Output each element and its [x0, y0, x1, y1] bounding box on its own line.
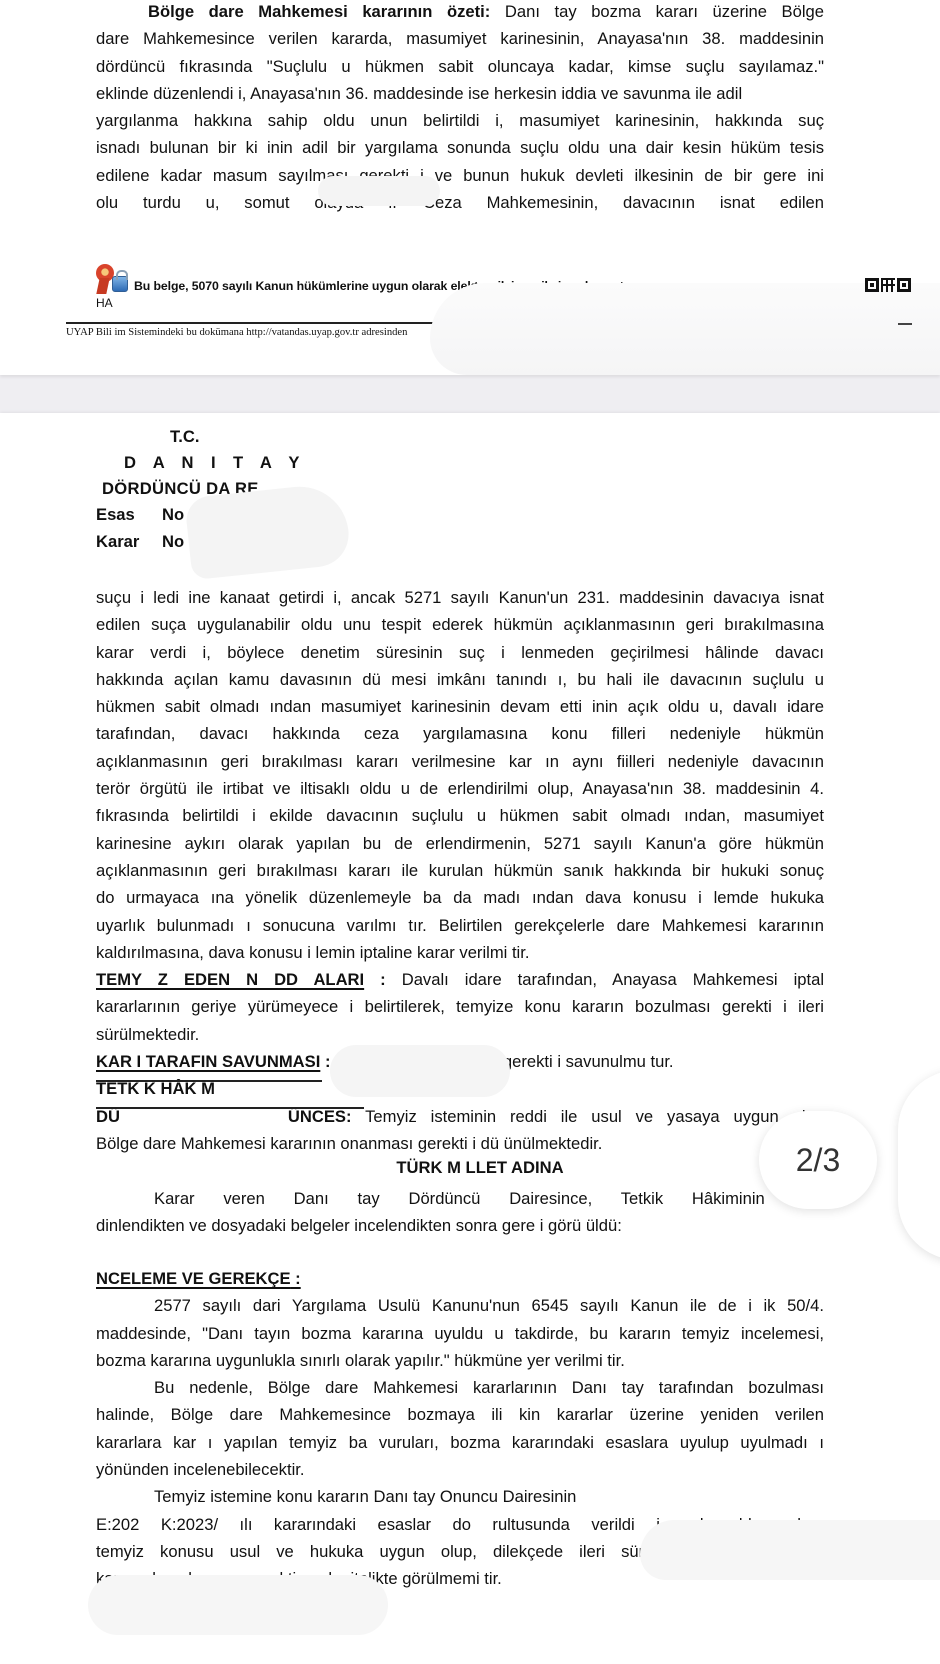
ha-label: HA [96, 296, 113, 310]
temyiz-section: TEMY Z EDEN N DD ALARI : Davalı idare ta… [96, 966, 824, 993]
separator: : [364, 970, 386, 989]
text-line: hükmen sabit olmadı ından masumiyet kari… [96, 693, 824, 720]
text-line: suçu i ledi ine kanaat getirdi i, ancak … [96, 584, 824, 611]
underline-rule [96, 1080, 322, 1082]
qr-code-icon [865, 278, 913, 294]
esas-label: Esas [96, 505, 162, 525]
text-line: do urmayaca ına yönelik düzenlemeyle ba … [96, 884, 824, 911]
text-line: kaldırılmasına, dava konusu i lemin ipta… [96, 939, 824, 966]
karsi-taraf-label: KAR I TARAFIN SAVUNMASI [96, 1052, 320, 1071]
text-line: olu turdu u, somut olayda ır Ceza Mahkem… [96, 189, 824, 216]
redaction-mark [330, 1045, 510, 1097]
document-page-1: Bölge dare Mahkemesi kararının özeti: Da… [0, 0, 940, 375]
text-line: isnadı bulunan bir ki inin adil bir yarg… [96, 134, 824, 161]
text-line: fıkrasında belirtildi i ekilde davacının… [96, 802, 824, 829]
text-span: Davalı idare tarafından, Anayasa Mahkeme… [386, 970, 824, 989]
text-line: bozma kararına uygunlukla sınırlı olarak… [96, 1347, 824, 1374]
redaction-mark [898, 323, 912, 325]
underline-rule [96, 1107, 364, 1109]
karar-no-row: KararNo [96, 532, 184, 552]
text-line: Bu nedenle, Bölge dare Mahkemesi kararla… [96, 1374, 824, 1401]
text-line: Karar veren Danı tay Dördüncü Dairesince… [96, 1185, 824, 1212]
redaction-mark [318, 176, 440, 206]
text-line: edilen suça uygulanabilir oldu unu tespi… [96, 611, 824, 638]
text-line: dare Mahkemesince verilen kararda, masum… [96, 25, 824, 52]
text-line: uyarlık bulunmadı ı sonucuna varılmı tır… [96, 912, 824, 939]
temyiz-label: TEMY Z EDEN N DD ALARI [96, 970, 364, 989]
e-signature-seal-icon [94, 264, 134, 296]
inceleme-label: NCELEME VE GEREKÇE [96, 1269, 291, 1288]
text-line: yargılanma hakkına sahip oldu unun belir… [96, 107, 824, 134]
karar-no-label: No [162, 532, 184, 551]
inceleme-heading: NCELEME VE GEREKÇE : [96, 1265, 824, 1292]
text-line: hakkında açılan kamu davasının dü mesi i… [96, 666, 824, 693]
esas-no-row: EsasNo [96, 505, 184, 525]
tc-heading: T.C. [170, 427, 200, 447]
esas-no-label: No [162, 505, 184, 524]
text-line: 2577 sayılı dari Yargılama Usulü Kanunu'… [96, 1292, 824, 1319]
text-line: maddesinde, "Danı tayın bozma kararına u… [96, 1320, 824, 1347]
text-line: Temyiz isteminе konu kararın Danı tay On… [96, 1483, 824, 1510]
text-line: sürülmektedir. [96, 1021, 824, 1048]
decision-intro: Karar veren Danı tay Dördüncü Dairesince… [96, 1185, 824, 1240]
summary-heading: Bölge dare Mahkemesi kararının özeti: [148, 2, 490, 21]
redaction-mark [88, 1575, 388, 1635]
text-line: Bölge dare Mahkemesi kararının özeti: Da… [96, 0, 824, 25]
text-line: açıklanmasının geri bırakılması kararı v… [96, 748, 824, 775]
text-line: kararlarının geriye yürümeyece i belirti… [96, 993, 824, 1020]
redaction-mark [184, 482, 352, 580]
separator: : [291, 1269, 301, 1288]
text-span: Temyiz isteminin reddi ile usul ve yasay… [352, 1107, 824, 1126]
text-line: yönünden incelenebilecektir. [96, 1456, 824, 1483]
text-line: halinde, Bölge dare Mahkemesince bozmaya… [96, 1401, 824, 1428]
uyap-notice: UYAP Bili im Sistemindeki bu dokümana ht… [66, 327, 407, 338]
tetkik-label: TETK K HÂK M [96, 1079, 215, 1098]
text-line: açıklanmasının geri bırakılması kararı i… [96, 857, 824, 884]
text-line: tarafından, davacı hakkında ceza yargıla… [96, 720, 824, 747]
redaction-mark [430, 283, 940, 375]
karar-label: Karar [96, 532, 162, 552]
text-line: edilene kadar masum sayılması gerekti i … [96, 162, 824, 189]
text-line: kararlara kar ı yapılan temyiz ba vurula… [96, 1429, 824, 1456]
summary-paragraph: Bölge dare Mahkemesi kararının özeti: Da… [96, 0, 824, 216]
text-span: Danı tay bozma kararı üzerine Bölge [490, 2, 824, 21]
footer-divider [66, 322, 440, 324]
page-indicator: 2/3 [759, 1111, 877, 1209]
text-line: dinlendikten ve dosyadaki belgeler incel… [96, 1212, 824, 1239]
text-line: dördüncü fıkrasında "Suçlulu u hükmen sa… [96, 53, 824, 80]
text-line: eklinde düzenlendi i, Anayasa'nın 36. ma… [96, 80, 824, 107]
text-line: terör örgütü ile irtibat ve iltisaklı ol… [96, 775, 824, 802]
text-line: Bölge dare Mahkemesi kararının onanması … [96, 1130, 824, 1157]
text-line: karinesine aykırı olarak yapılan bu de e… [96, 830, 824, 857]
document-page-2: T.C. D A N I T A Y DÖRDÜNCÜ DA RE EsasNo… [0, 413, 940, 1664]
redaction-mark [640, 1520, 940, 1580]
court-name: D A N I T A Y [124, 453, 306, 473]
text-line: karar verdi i, böylece denetim süresinin… [96, 639, 824, 666]
